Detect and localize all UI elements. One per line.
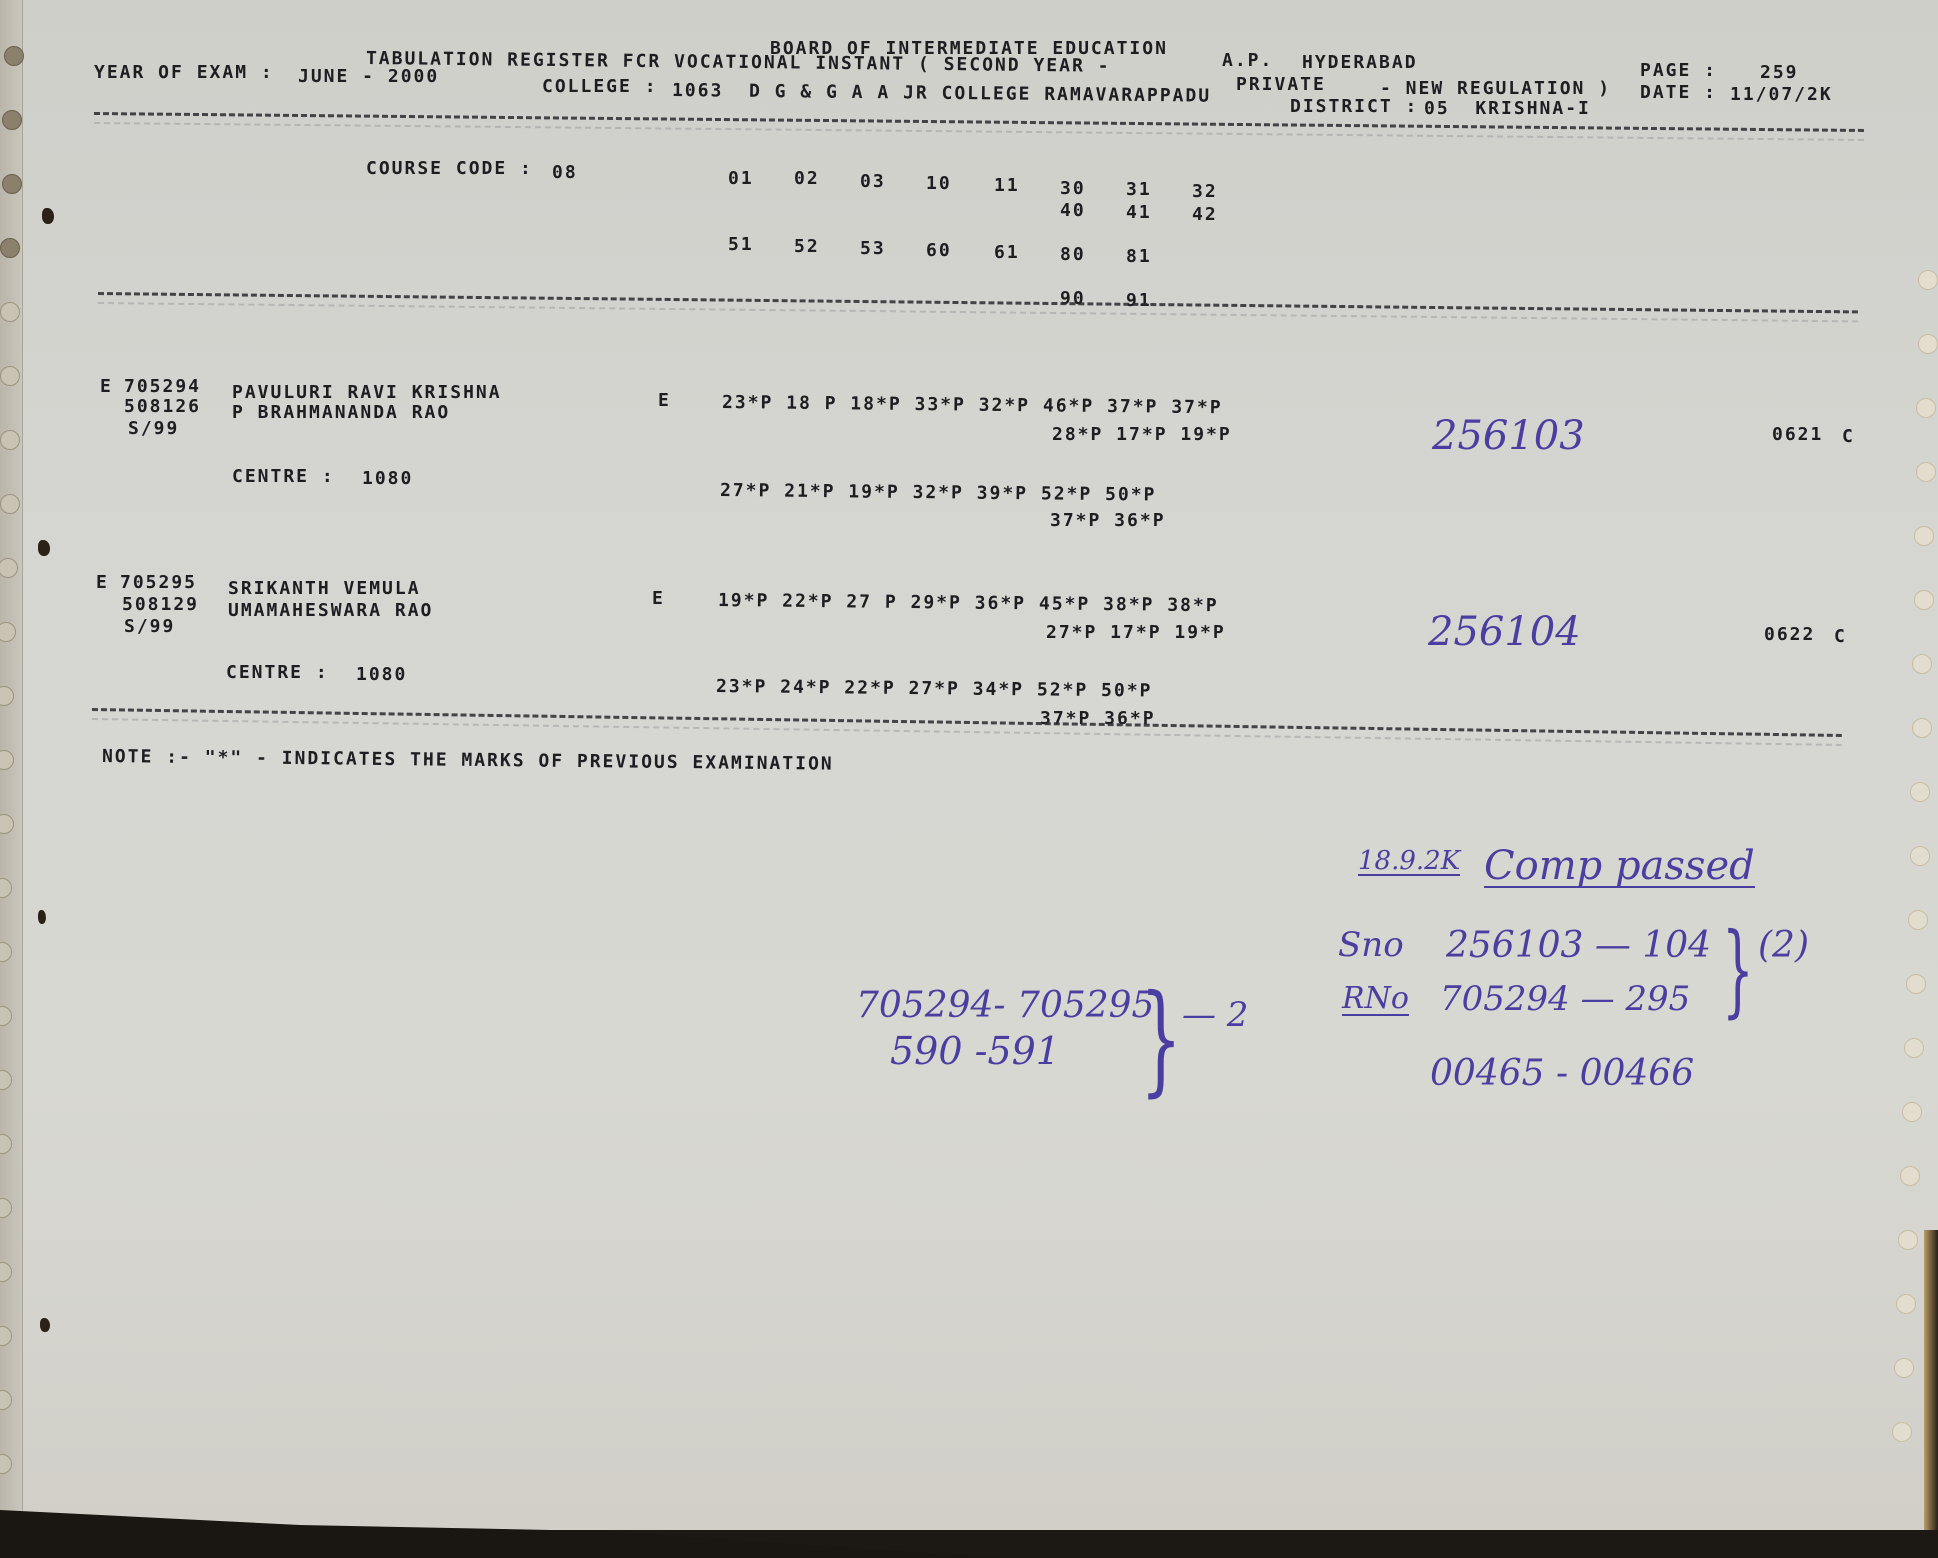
- feed-hole: [1914, 526, 1934, 546]
- feed-hole: [4, 46, 24, 66]
- count-label: (2): [1758, 928, 1809, 964]
- feed-hole: [1904, 1038, 1924, 1058]
- feed-hole: [1910, 782, 1930, 802]
- handwritten-certificate-number: 256103: [1432, 416, 1585, 456]
- separator-line: [98, 292, 1858, 313]
- board-city: HYDERABAD: [1302, 54, 1418, 72]
- feed-hole: [1916, 398, 1936, 418]
- feed-hole: [1912, 654, 1932, 674]
- subject-code: 01: [728, 170, 754, 188]
- session: S/99: [124, 618, 175, 636]
- report-date: 11/07/2K: [1730, 86, 1833, 104]
- range-count: — 2: [1182, 998, 1248, 1032]
- feed-hole: [0, 302, 20, 322]
- paper-edge-stain: [1924, 1230, 1938, 1530]
- feed-hole: [1910, 846, 1930, 866]
- ink-blot: [40, 1318, 50, 1332]
- marks-row: 23*P 18 P 18*P 33*P 32*P 46*P 37*P 37*P: [722, 394, 1223, 417]
- centre-label: CENTRE :: [226, 664, 329, 682]
- father-name: UMAMAHESWARA RAO: [228, 602, 433, 620]
- page-label: PAGE :: [1640, 62, 1717, 80]
- feed-hole: [1900, 1166, 1920, 1186]
- feed-hole: [2, 174, 22, 194]
- student-name: SRIKANTH VEMULA: [228, 580, 421, 598]
- annotation-heading: Comp passed: [1484, 846, 1755, 888]
- serial-range: 590 -591: [890, 1032, 1060, 1070]
- college-value: 1063 D G & G A A JR COLLEGE RAMAVARAPPAD…: [672, 82, 1211, 106]
- registration-number: 508126: [124, 398, 201, 416]
- course-code-label: COURSE CODE :: [366, 160, 533, 178]
- result-code: C: [1842, 428, 1855, 446]
- roll-number: 705294: [124, 378, 201, 396]
- college-label: COLLEGE :: [542, 78, 658, 96]
- subject-code: 42: [1192, 206, 1218, 224]
- subject-code: 51: [728, 236, 754, 254]
- district-value: 05 KRISHNA-I: [1424, 100, 1591, 118]
- separator-line-ghost: [94, 122, 1864, 141]
- page-number: 259: [1760, 64, 1799, 82]
- subject-code: 03: [860, 173, 886, 191]
- subject-code: 91: [1126, 292, 1152, 310]
- date-label: DATE :: [1640, 84, 1717, 102]
- board-state: A.P.: [1222, 52, 1273, 70]
- feed-hole: [1906, 974, 1926, 994]
- separator-line-ghost: [98, 302, 1858, 322]
- subject-code: 31: [1126, 181, 1152, 199]
- ink-blot: [42, 208, 54, 224]
- roll-range: 705294- 705295: [856, 988, 1154, 1024]
- sno-label: Sno: [1338, 928, 1404, 962]
- roll-prefix: E: [100, 378, 113, 396]
- certificate-serial-range: 00465 - 00466: [1430, 1056, 1694, 1092]
- district-label: DISTRICT :: [1290, 98, 1418, 116]
- handwritten-certificate-number: 256104: [1428, 612, 1581, 652]
- year-of-exam-label: YEAR OF EXAM :: [94, 64, 274, 82]
- subject-code: 80: [1060, 246, 1086, 264]
- subject-code: 60: [926, 242, 952, 260]
- subject-code: 81: [1126, 248, 1152, 266]
- subject-code: 53: [860, 240, 886, 258]
- feed-hole: [1894, 1358, 1914, 1378]
- subject-code: 30: [1060, 180, 1086, 198]
- feed-hole: [1892, 1422, 1912, 1442]
- tabulation-register-page: BOARD OF INTERMEDIATE EDUCATION A.P. HYD…: [0, 0, 1938, 1530]
- footnote: NOTE :- "*" - INDICATES THE MARKS OF PRE…: [102, 748, 834, 774]
- feed-hole: [1916, 462, 1936, 482]
- centre-code: 1080: [362, 470, 413, 488]
- father-name: P BRAHMANANDA RAO: [232, 404, 450, 422]
- subject-code: 10: [926, 175, 952, 193]
- feed-hole: [0, 430, 20, 450]
- serial-number: 0622: [1764, 626, 1815, 644]
- medium: E: [658, 392, 671, 410]
- subject-code: 11: [994, 177, 1020, 195]
- feed-hole: [1908, 910, 1928, 930]
- result-code: C: [1834, 628, 1847, 646]
- session: S/99: [128, 420, 179, 438]
- feed-hole: [1918, 270, 1938, 290]
- feed-hole: [0, 366, 20, 386]
- marks-row: 27*P 21*P 19*P 32*P 39*P 52*P 50*P: [720, 482, 1157, 505]
- marks-row: 37*P 36*P: [1050, 512, 1166, 530]
- subject-code: 02: [794, 170, 820, 188]
- feed-hole: [0, 238, 20, 258]
- marks-row: 19*P 22*P 27 P 29*P 36*P 45*P 38*P 38*P: [718, 592, 1219, 615]
- feed-hole: [2, 110, 22, 130]
- rno-range: 705294 — 295: [1440, 982, 1690, 1016]
- subject-code: 61: [994, 244, 1020, 262]
- student-name: PAVULURI RAVI KRISHNA: [232, 384, 502, 402]
- feed-hole: [1918, 334, 1938, 354]
- feed-hole: [1914, 590, 1934, 610]
- subject-code: 32: [1192, 183, 1218, 201]
- feed-hole: [1898, 1230, 1918, 1250]
- feed-hole: [1896, 1294, 1916, 1314]
- ink-blot: [38, 910, 46, 924]
- subject-code: 41: [1126, 204, 1152, 222]
- roll-number: 705295: [120, 574, 197, 592]
- registration-number: 508129: [122, 596, 199, 614]
- separator-line: [94, 112, 1864, 132]
- marks-row: 23*P 24*P 22*P 27*P 34*P 52*P 50*P: [716, 678, 1153, 701]
- centre-label: CENTRE :: [232, 468, 335, 486]
- marks-row: 27*P 17*P 19*P: [1046, 624, 1226, 642]
- roll-prefix: E: [96, 574, 109, 592]
- marks-row: 28*P 17*P 19*P: [1052, 426, 1232, 444]
- rno-label: RNo: [1342, 984, 1409, 1016]
- curly-brace: }: [1722, 920, 1754, 1020]
- register-title: TABULATION REGISTER FCR VOCATIONAL INSTA…: [366, 50, 1111, 76]
- subject-code: 52: [794, 238, 820, 256]
- centre-code: 1080: [356, 666, 407, 684]
- ink-blot: [38, 540, 50, 556]
- year-of-exam-value: JUNE - 2000: [298, 68, 439, 86]
- sno-range: 256103 — 104: [1446, 928, 1711, 964]
- course-code-value: 08: [552, 164, 578, 182]
- subject-code: 40: [1060, 202, 1086, 220]
- feed-hole: [0, 494, 20, 514]
- feed-hole: [1902, 1102, 1922, 1122]
- curly-brace: }: [1140, 980, 1182, 1100]
- feed-hole: [1912, 718, 1932, 738]
- private-label: PRIVATE: [1236, 76, 1326, 94]
- medium: E: [652, 590, 665, 608]
- serial-number: 0621: [1772, 426, 1823, 444]
- annotation-date: 18.9.2K: [1358, 848, 1460, 876]
